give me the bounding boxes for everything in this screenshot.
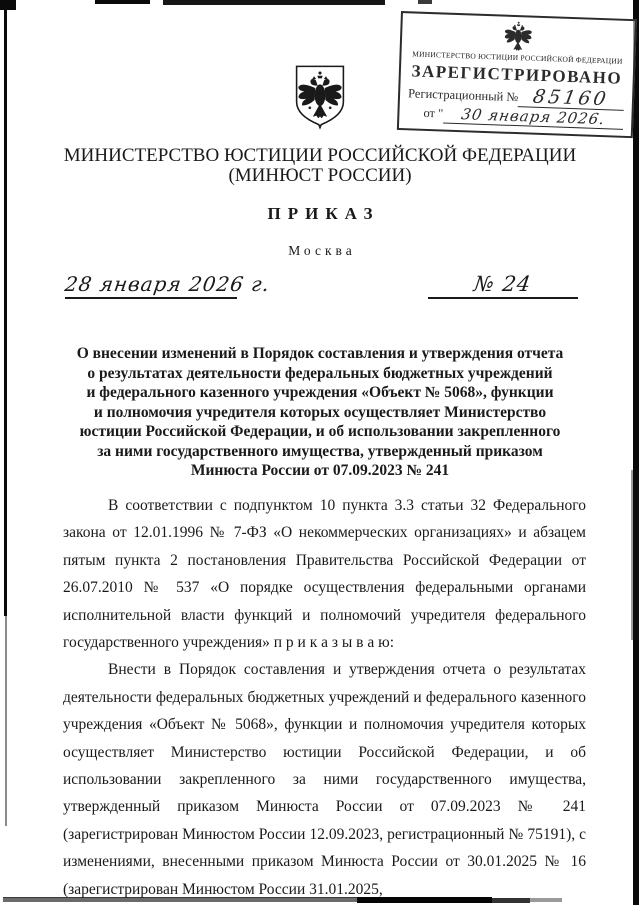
scan-artifact-top-strip-2 <box>163 0 385 5</box>
document-type-title: ПРИКАЗ <box>0 204 640 224</box>
scan-artifact-right-edge-faint <box>631 470 633 640</box>
order-title-line: Минюста России от 07.09.2023 № 241 <box>40 461 600 481</box>
order-title-line: юстиции Российской Федерации, и об испол… <box>40 422 600 442</box>
scan-artifact-top-strip-3 <box>418 0 432 4</box>
stamp-date-label: от " <box>423 106 443 124</box>
order-title-line: О внесении изменений в Порядок составлен… <box>40 344 600 364</box>
handwritten-date: 28 января 2026 г. <box>65 272 237 299</box>
date-number-row: 28 января 2026 г. № 24 <box>63 272 585 308</box>
order-title-line: за ними государственного имущества, утве… <box>40 442 600 462</box>
ministry-name: МИНИСТЕРСТВО ЮСТИЦИИ РОССИЙСКОЙ ФЕДЕРАЦИ… <box>0 146 640 166</box>
handwritten-number: № 24 <box>428 272 578 299</box>
order-title: О внесении изменений в Порядок составлен… <box>40 344 600 481</box>
order-title-line: и федерального казенного учреждения «Объ… <box>40 383 600 403</box>
order-body: В соответствии с подпунктом 10 пункта 3.… <box>63 492 586 903</box>
body-paragraph-2: Внести в Порядок составления и утвержден… <box>63 656 586 903</box>
stamp-date-value: 30 января 2026. <box>443 107 624 130</box>
scan-artifact-left-edge-faint <box>5 616 7 826</box>
scan-artifact-top-left <box>0 0 16 10</box>
body-paragraph-1: В соответствии с подпунктом 10 пункта 3.… <box>63 492 586 656</box>
scan-artifact-top-strip-1 <box>95 0 150 4</box>
stamp-date-row: от " 30 января 2026. <box>403 105 627 130</box>
order-title-line: и полномочия учредителя которых осуществ… <box>40 403 600 423</box>
ministry-short-name: (МИНЮСТ РОССИИ) <box>0 166 640 186</box>
scan-artifact-left-edge <box>4 6 7 616</box>
double-eagle-shield-icon <box>290 63 350 131</box>
document-page: МИНИСТЕРСТВО ЮСТИЦИИ РОССИЙСКОЙ ФЕДЕРАЦИ… <box>0 0 640 905</box>
order-title-line: о результатах деятельности федеральных б… <box>40 364 600 384</box>
registration-stamp: МИНИСТЕРСТВО ЮСТИЦИИ РОССИЙСКОЙ ФЕДЕРАЦИ… <box>397 11 637 138</box>
city-label: Москва <box>0 243 640 259</box>
stamp-reg-number-label: Регистрационный № <box>408 86 519 107</box>
scan-artifact-right-edge <box>633 0 639 905</box>
coat-of-arms-emblem <box>290 63 350 136</box>
letterhead: МИНИСТЕРСТВО ЮСТИЦИИ РОССИЙСКОЙ ФЕДЕРАЦИ… <box>0 146 640 186</box>
